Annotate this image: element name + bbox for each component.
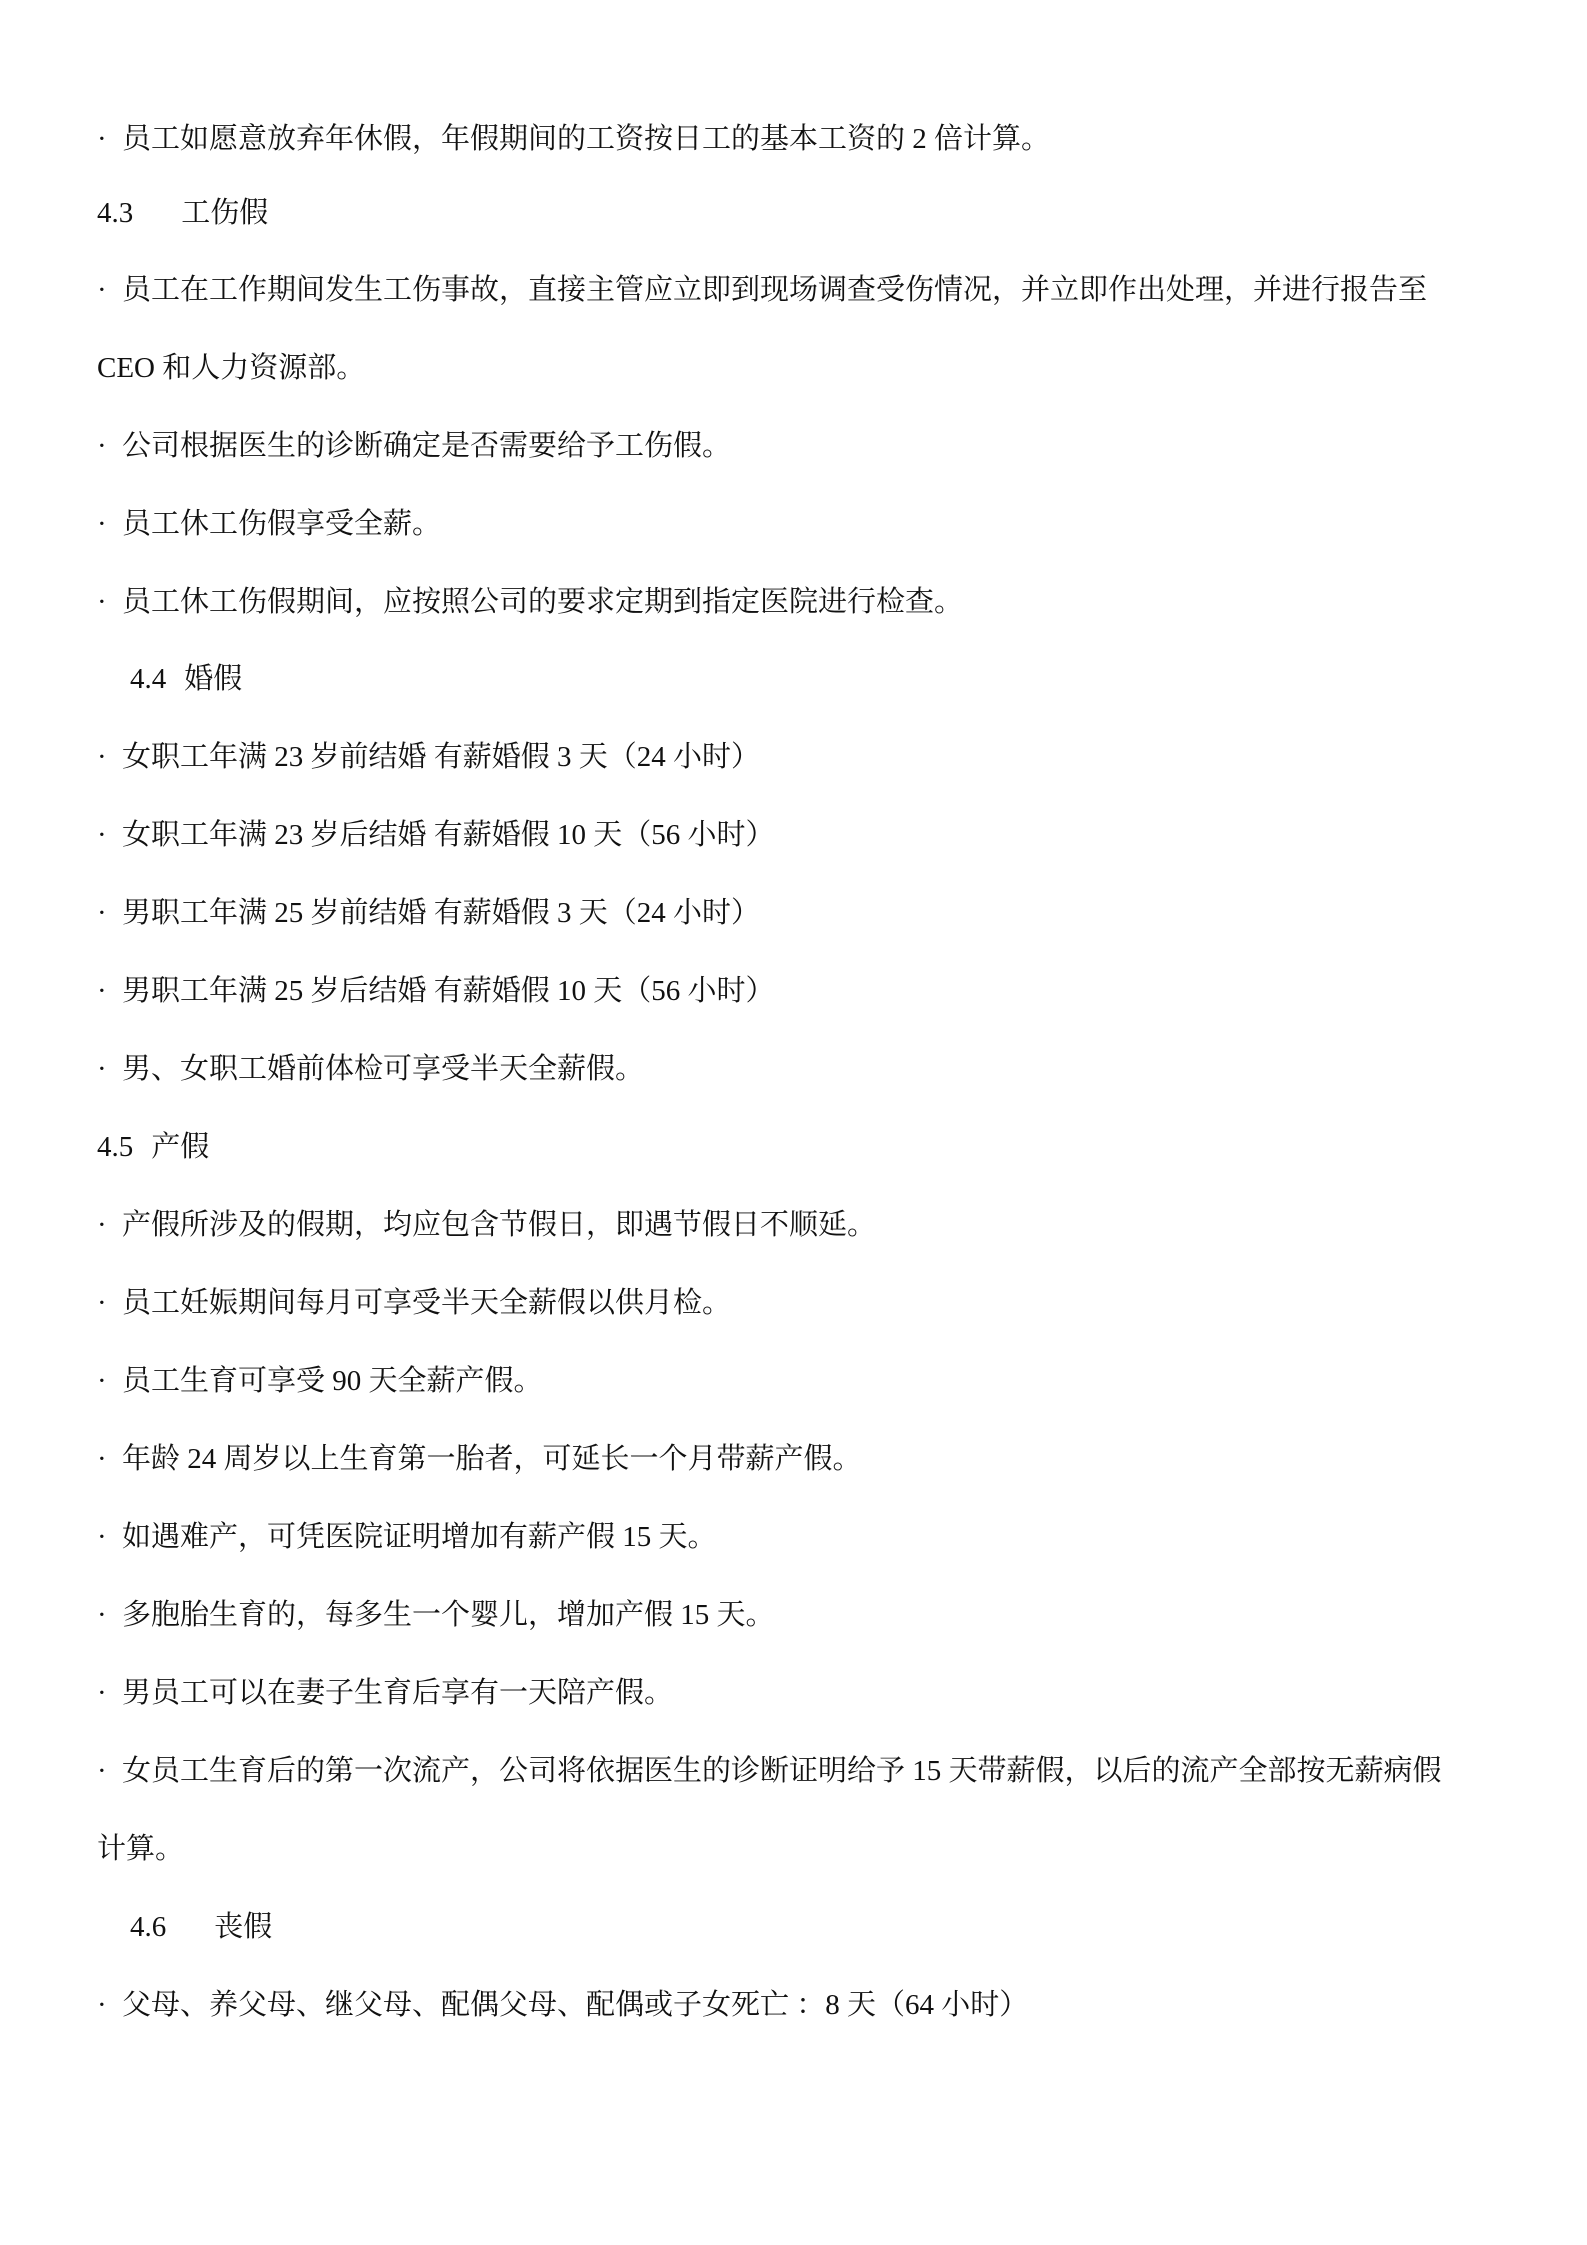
bullet-dot: · bbox=[97, 1754, 122, 1788]
bullet-paragraph: ·如遇难产，可凭医院证明增加有薪产假 15 天。 bbox=[97, 1520, 717, 1554]
bullet-paragraph: ·男职工年满 25 岁后结婚 有薪婚假 10 天（56 小时） bbox=[97, 974, 775, 1008]
paragraph-text: 计算。 bbox=[97, 1833, 184, 1865]
paragraph-text: 多胞胎生育的，每多生一个婴儿，增加产假 15 天。 bbox=[122, 1599, 775, 1631]
paragraph-text: 女员工生育后的第一次流产，公司将依据医生的诊断证明给予 15 天带薪假，以后的流… bbox=[122, 1755, 1442, 1787]
section-title: 丧假 bbox=[214, 1911, 272, 1943]
bullet-paragraph: ·员工生育可享受 90 天全薪产假。 bbox=[97, 1364, 543, 1398]
paragraph-text: 公司根据医生的诊断确定是否需要给予工伤假。 bbox=[122, 430, 731, 462]
bullet-dot: · bbox=[97, 1208, 122, 1242]
paragraph-text: 员工妊娠期间每月可享受半天全薪假以供月检。 bbox=[122, 1287, 731, 1319]
bullet-dot: · bbox=[97, 273, 122, 307]
bullet-dot: · bbox=[97, 974, 122, 1008]
paragraph-text: 年龄 24 周岁以上生育第一胎者，可延长一个月带薪产假。 bbox=[122, 1443, 862, 1475]
section-heading-4-5: 4.5产假 bbox=[97, 1130, 209, 1164]
section-number: 4.3 bbox=[97, 196, 133, 230]
bullet-dot: · bbox=[97, 1988, 122, 2022]
bullet-paragraph: ·产假所涉及的假期，均应包含节假日，即遇节假日不顺延。 bbox=[97, 1208, 876, 1242]
paragraph-text: 父母、养父母、继父母、配偶父母、配偶或子女死亡 ：8 天（64 小时） bbox=[122, 1989, 1028, 2021]
bullet-dot: · bbox=[97, 1442, 122, 1476]
paragraph-text: 产假所涉及的假期，均应包含节假日，即遇节假日不顺延。 bbox=[122, 1209, 876, 1241]
paragraph-text: 男职工年满 25 岁后结婚 有薪婚假 10 天（56 小时） bbox=[122, 975, 775, 1007]
bullet-paragraph: ·员工休工伤假期间，应按照公司的要求定期到指定医院进行检查。 bbox=[97, 585, 963, 619]
paragraph-text: 男、女职工婚前体检可享受半天全薪假。 bbox=[122, 1053, 644, 1085]
bullet-paragraph: ·女职工年满 23 岁前结婚 有薪婚假 3 天（24 小时） bbox=[97, 740, 760, 774]
bullet-dot: · bbox=[97, 122, 122, 156]
bullet-dot: · bbox=[97, 818, 122, 852]
paragraph-text: 员工休工伤假享受全薪。 bbox=[122, 508, 441, 540]
paragraph-text: 员工在工作期间发生工伤事故，直接主管应立即到现场调查受伤情况，并立即作出处理，并… bbox=[122, 274, 1427, 306]
bullet-dot: · bbox=[97, 429, 122, 463]
bullet-paragraph: ·多胞胎生育的，每多生一个婴儿，增加产假 15 天。 bbox=[97, 1598, 775, 1632]
paragraph-text: CEO 和人力资源部。 bbox=[97, 352, 365, 384]
paragraph-text: 男职工年满 25 岁前结婚 有薪婚假 3 天（24 小时） bbox=[122, 897, 760, 929]
section-number: 4.6 bbox=[130, 1910, 166, 1944]
bullet-paragraph: ·女员工生育后的第一次流产，公司将依据医生的诊断证明给予 15 天带薪假，以后的… bbox=[97, 1754, 1442, 1788]
bullet-paragraph: ·员工如愿意放弃年休假，年假期间的工资按日工的基本工资的 2 倍计算。 bbox=[97, 122, 1050, 156]
paragraph-text: 员工休工伤假期间，应按照公司的要求定期到指定医院进行检查。 bbox=[122, 586, 963, 618]
bullet-dot: · bbox=[97, 740, 122, 774]
bullet-paragraph: ·公司根据医生的诊断确定是否需要给予工伤假。 bbox=[97, 429, 731, 463]
bullet-dot: · bbox=[97, 1364, 122, 1398]
bullet-dot: · bbox=[97, 507, 122, 541]
paragraph-text: 如遇难产，可凭医院证明增加有薪产假 15 天。 bbox=[122, 1521, 717, 1553]
section-number: 4.5 bbox=[97, 1130, 133, 1164]
bullet-paragraph: ·父母、养父母、继父母、配偶父母、配偶或子女死亡 ：8 天（64 小时） bbox=[97, 1988, 1028, 2022]
bullet-dot: · bbox=[97, 1598, 122, 1632]
paragraph-text: 员工生育可享受 90 天全薪产假。 bbox=[122, 1365, 543, 1397]
bullet-dot: · bbox=[97, 1052, 122, 1086]
paragraph-text: 员工如愿意放弃年休假，年假期间的工资按日工的基本工资的 2 倍计算。 bbox=[122, 123, 1050, 155]
bullet-dot: · bbox=[97, 585, 122, 619]
section-number: 4.4 bbox=[130, 662, 166, 696]
bullet-dot: · bbox=[97, 1520, 122, 1554]
bullet-dot: · bbox=[97, 1286, 122, 1320]
paragraph-text: 男员工可以在妻子生育后享有一天陪产假。 bbox=[122, 1677, 673, 1709]
section-heading-4-6: 4.6丧假 bbox=[130, 1910, 272, 1944]
section-heading-4-3: 4.3工伤假 bbox=[97, 196, 268, 230]
bullet-dot: · bbox=[97, 1676, 122, 1710]
paragraph-text: 女职工年满 23 岁前结婚 有薪婚假 3 天（24 小时） bbox=[122, 741, 760, 773]
bullet-paragraph: ·男、女职工婚前体检可享受半天全薪假。 bbox=[97, 1052, 644, 1086]
section-title: 产假 bbox=[151, 1131, 209, 1163]
bullet-paragraph: ·员工妊娠期间每月可享受半天全薪假以供月检。 bbox=[97, 1286, 731, 1320]
paragraph-continuation: CEO 和人力资源部。 bbox=[97, 351, 365, 385]
section-title: 婚假 bbox=[184, 663, 242, 695]
section-heading-4-4: 4.4婚假 bbox=[130, 662, 242, 696]
bullet-paragraph: ·员工休工伤假享受全薪。 bbox=[97, 507, 441, 541]
bullet-paragraph: ·男员工可以在妻子生育后享有一天陪产假。 bbox=[97, 1676, 673, 1710]
bullet-paragraph: ·女职工年满 23 岁后结婚 有薪婚假 10 天（56 小时） bbox=[97, 818, 775, 852]
bullet-paragraph: ·年龄 24 周岁以上生育第一胎者，可延长一个月带薪产假。 bbox=[97, 1442, 862, 1476]
paragraph-text: 女职工年满 23 岁后结婚 有薪婚假 10 天（56 小时） bbox=[122, 819, 775, 851]
section-title: 工伤假 bbox=[181, 197, 268, 229]
paragraph-continuation: 计算。 bbox=[97, 1832, 184, 1866]
bullet-paragraph: ·男职工年满 25 岁前结婚 有薪婚假 3 天（24 小时） bbox=[97, 896, 760, 930]
bullet-dot: · bbox=[97, 896, 122, 930]
bullet-paragraph: ·员工在工作期间发生工伤事故，直接主管应立即到现场调查受伤情况，并立即作出处理，… bbox=[97, 273, 1427, 307]
